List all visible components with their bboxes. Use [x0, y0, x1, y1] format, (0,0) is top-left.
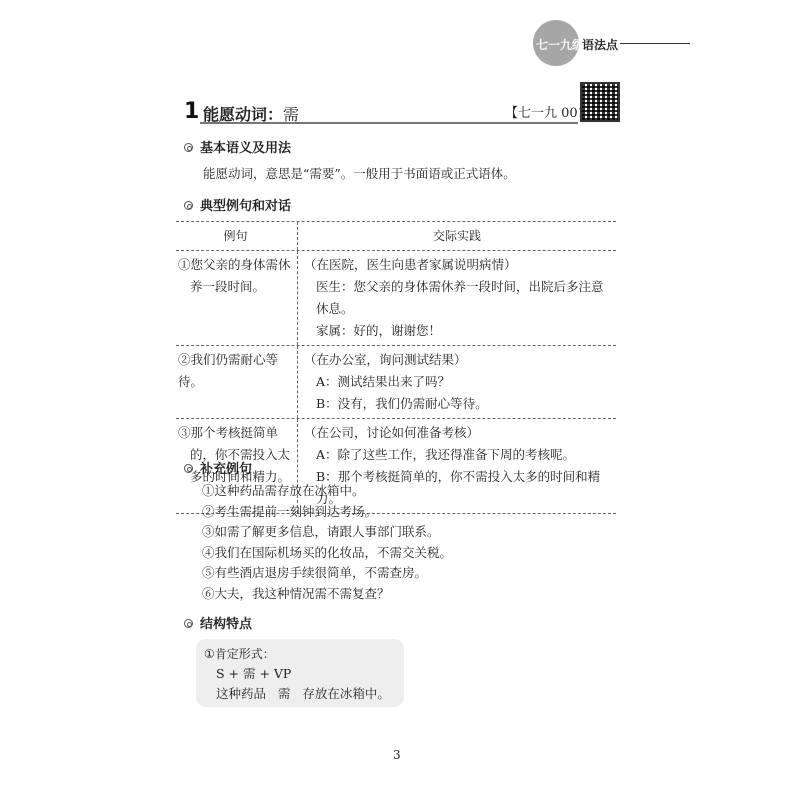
heading-text: 结构特点	[200, 617, 252, 632]
list-item: ①这种药品需存放在冰箱中。	[202, 481, 452, 502]
dialogue-line: 家属：好的，谢谢您！	[304, 320, 610, 342]
page-number: 3	[393, 748, 401, 762]
column-header: 例句	[176, 222, 298, 250]
circle-bullet-icon	[184, 143, 193, 152]
section-label: 语法点	[582, 36, 618, 53]
dialogue-line: 医生：您父亲的身体需休养一段时间，出院后多注意休息。	[304, 276, 610, 320]
heading-text: 基本语义及用法	[200, 141, 291, 156]
column-header: 交际实践	[298, 222, 616, 250]
dialogue-context: （在医院，医生向患者家属说明病情）	[304, 254, 610, 276]
heading-text: 典型例句和对话	[200, 199, 291, 214]
dialogue-line: A：测试结果出来了吗？	[304, 371, 610, 393]
dialogue-line: B：没有，我们仍需耐心等待。	[304, 393, 610, 415]
heading-text: 补充例句	[200, 462, 252, 477]
dialogue-line: A：除了这些工作，我还得准备下周的考核呢。	[304, 444, 610, 466]
structure-formula: S + 需 + VP	[216, 664, 291, 682]
title-number: 1	[184, 99, 199, 124]
level-badge: 七一九级	[536, 36, 584, 53]
example-dialogue: （在医院，医生向患者家属说明病情） 医生：您父亲的身体需休养一段时间，出院后多注…	[298, 251, 616, 345]
supplementary-list: ①这种药品需存放在冰箱中。 ②考生需提前一刻钟到达考场。 ③如需了解更多信息，请…	[202, 481, 452, 604]
circle-bullet-icon	[184, 201, 193, 210]
list-item: ⑥大夫，我这种情况需不需复查？	[202, 584, 452, 605]
structure-label: ①肯定形式：	[204, 645, 275, 662]
circle-bullet-icon	[184, 464, 193, 473]
table-header-row: 例句 交际实践	[176, 221, 616, 251]
table-row: ①您父亲的身体需休 养一段时间。 （在医院，医生向患者家属说明病情） 医生：您父…	[176, 251, 616, 346]
title-rule	[200, 122, 578, 124]
list-item: ④我们在国际机场买的化妆品，不需交关税。	[202, 543, 452, 564]
list-item: ⑤有些酒店退房手续很简单，不需查房。	[202, 563, 452, 584]
section-heading-supplementary: 补充例句	[184, 458, 252, 477]
basic-usage-text: 能愿动词，意思是“需要”。一般用于书面语或正式语体。	[203, 164, 516, 182]
structure-example: 这种药品 需 存放在冰箱中。	[216, 684, 390, 702]
dialogue-context: （在公司，讨论如何准备考核）	[304, 422, 610, 444]
sentence-line: 养一段时间。	[178, 276, 293, 298]
dialogue-context: （在办公室，询问测试结果）	[304, 349, 610, 371]
circle-bullet-icon	[184, 619, 193, 628]
list-item: ②考生需提前一刻钟到达考场。	[202, 502, 452, 523]
list-item: ③如需了解更多信息，请跟人事部门联系。	[202, 522, 452, 543]
table-row: ②我们仍需耐心等待。 （在办公室，询问测试结果） A：测试结果出来了吗？ B：没…	[176, 346, 616, 419]
qr-code-icon[interactable]	[580, 82, 620, 122]
section-heading-structure: 结构特点	[184, 613, 252, 632]
section-heading-basic: 基本语义及用法	[184, 137, 291, 156]
sentence-line: ②我们仍需耐心等待。	[178, 349, 293, 393]
sentence-line: ③那个考核挺简单	[178, 422, 293, 444]
section-heading-examples: 典型例句和对话	[184, 195, 291, 214]
example-sentence: ②我们仍需耐心等待。	[176, 346, 298, 418]
header-rule	[620, 43, 690, 44]
example-dialogue: （在办公室，询问测试结果） A：测试结果出来了吗？ B：没有，我们仍需耐心等待。	[298, 346, 616, 418]
sentence-line: ①您父亲的身体需休	[178, 254, 293, 276]
example-sentence: ①您父亲的身体需休 养一段时间。	[176, 251, 298, 345]
